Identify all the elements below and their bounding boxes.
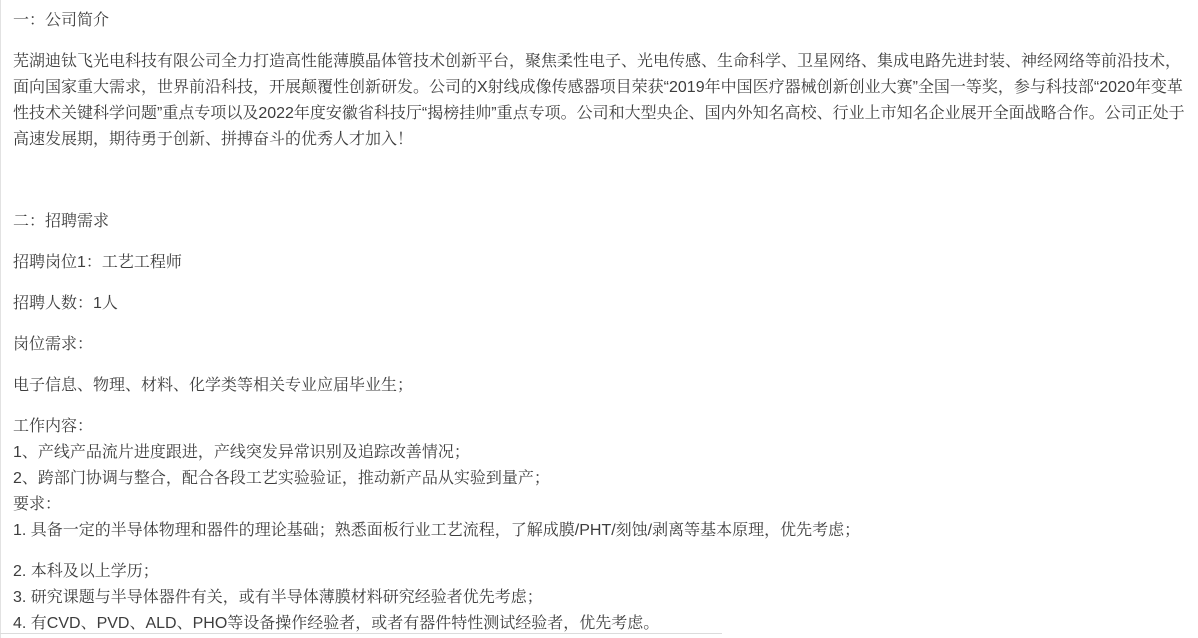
work-content-item: 1、产线产品流片进度跟进，产线突发异常识别及追踪改善情况；	[13, 440, 1185, 466]
requirement-item: 1. 具备一定的半导体物理和器件的理论基础；熟悉面板行业工艺流程，了解成膜/PH…	[13, 518, 1185, 544]
blank-paragraph	[13, 168, 1185, 194]
additional-requirements-block: 2. 本科及以上学历； 3. 研究课题与半导体器件有关，或有半导体薄膜材料研究经…	[13, 559, 1185, 637]
work-content-label: 工作内容：	[13, 414, 1185, 440]
job-posting-document: 一：公司简介 芜湖迪钛飞光电科技有限公司全力打造高性能薄膜晶体管技术创新平台，聚…	[0, 0, 1198, 638]
recruitment-headcount-line: 招聘人数：1人	[13, 291, 1185, 317]
document-body: 一：公司简介 芜湖迪钛飞光电科技有限公司全力打造高性能薄膜晶体管技术创新平台，聚…	[13, 8, 1185, 637]
bottom-divider-line	[0, 633, 722, 634]
work-content-block: 工作内容： 1、产线产品流片进度跟进，产线突发异常识别及追踪改善情况； 2、跨部…	[13, 414, 1185, 544]
position-profile-line: 电子信息、物理、材料、化学类等相关专业应届毕业生；	[13, 373, 1185, 399]
left-border-line	[0, 0, 1, 638]
work-content-item: 2、跨部门协调与整合，配合各段工艺实验验证，推动新产品从实验到量产；	[13, 466, 1185, 492]
recruitment-heading: 二：招聘需求	[13, 209, 1185, 235]
requirement-item: 3. 研究课题与半导体器件有关，或有半导体薄膜材料研究经验者优先考虑；	[13, 585, 1185, 611]
requirements-label: 要求：	[13, 492, 1185, 518]
position-profile-label: 岗位需求：	[13, 332, 1185, 358]
company-intro-heading: 一：公司简介	[13, 8, 1185, 34]
requirement-item: 2. 本科及以上学历；	[13, 559, 1185, 585]
recruitment-position-line: 招聘岗位1：工艺工程师	[13, 250, 1185, 276]
company-intro-paragraph: 芜湖迪钛飞光电科技有限公司全力打造高性能薄膜晶体管技术创新平台，聚焦柔性电子、光…	[13, 49, 1185, 153]
